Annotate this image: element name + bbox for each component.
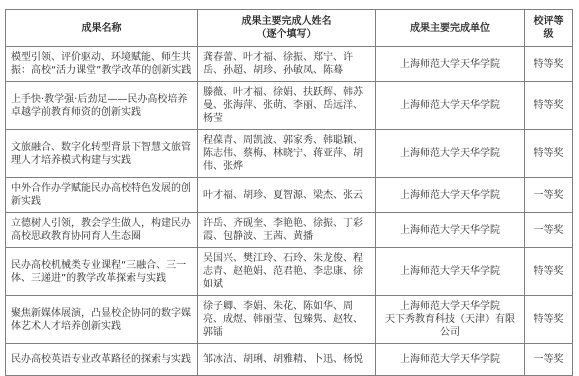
completer-names: 邹冰洁、胡琍、胡雅精、卜迅、杨悦 <box>198 344 376 376</box>
table-row: 模型引领、评价驱动、环境赋能、师生共振：高校“活力课堂”教学改革的创新实践 龚春… <box>6 47 573 82</box>
evaluation-grade: 特等奖 <box>525 130 573 178</box>
achievements-table: 成果名称 成果主要完成人姓名 （逐个填写） 成果主要完成单位 校评等级 模型引领… <box>5 9 573 376</box>
evaluation-grade: 特等奖 <box>525 296 573 344</box>
achievement-name: 民办高校英语专业改革路径的探索与实践 <box>6 344 198 376</box>
completing-unit: 上海师范大学天华学院 <box>376 178 525 213</box>
completing-unit: 上海师范大学天华学院 <box>376 248 525 296</box>
completing-unit: 上海师范大学天华学院 <box>376 344 525 376</box>
completer-names: 徐子卿、李娟、朱花、陈如华、周亮、成煜、韩丽莹、包臻隽、赵牧、郭镭 <box>198 296 376 344</box>
completing-unit: 上海师范大学天华学院 <box>376 82 525 130</box>
header-completers: 成果主要完成人姓名 （逐个填写） <box>198 10 376 47</box>
achievement-name: 聚焦新媒体展演，凸显校企协同的数字媒体艺术人才培养创新实践 <box>6 296 198 344</box>
table-header: 成果名称 成果主要完成人姓名 （逐个填写） 成果主要完成单位 校评等级 <box>6 10 573 47</box>
achievement-name: 民办高校机械类专业课程“三融合、三一体、三递进”的教学改革探索与实践 <box>6 248 198 296</box>
completing-unit: 上海师范大学天华学院 <box>376 47 525 82</box>
evaluation-grade: 特等奖 <box>525 47 573 82</box>
table-row: 立德树人引领，教会学生做人，构建民办高校思政教育协同育人生态圈 许岳、齐砚奎、李… <box>6 213 573 248</box>
completer-names: 龚春蕾、叶才福、徐振、郑宁、许岳、孙超、胡珍、孙敏凤、陈蓦 <box>198 47 376 82</box>
table-body: 模型引领、评价驱动、环境赋能、师生共振：高校“活力课堂”教学改革的创新实践 龚春… <box>6 47 573 376</box>
completer-names: 许岳、齐砚奎、李艳艳、徐振、丁彩霞、包静波、王茜、黄播 <box>198 213 376 248</box>
achievement-name: 文旅融合、数字化转型背景下智慧文旅管理人才培养模式构建与实践 <box>6 130 198 178</box>
table-row: 上手快·教学强·后劲足——民办高校培养卓越学前教育师资的创新实践 滕薇、叶才福、… <box>6 82 573 130</box>
completer-names: 吴国兴、樊江玲、石玲、朱龙俊、程志青、赵艳娟、范君艳、李忠康、徐如斌 <box>198 248 376 296</box>
header-achievement-name: 成果名称 <box>6 10 198 47</box>
achievement-name: 模型引领、评价驱动、环境赋能、师生共振：高校“活力课堂”教学改革的创新实践 <box>6 47 198 82</box>
achievement-name: 立德树人引领，教会学生做人，构建民办高校思政教育协同育人生态圈 <box>6 213 198 248</box>
completer-names: 叶才福、胡珍、夏智源、梁杰、张云 <box>198 178 376 213</box>
header-grade: 校评等级 <box>525 10 573 47</box>
header-unit: 成果主要完成单位 <box>376 10 525 47</box>
completer-names: 程葆青、周凯波、郭家秀、韩聪颖、陈志伟、蔡梅、林晓宁、蒋亚萍、胡伟、张烨 <box>198 130 376 178</box>
achievement-name: 上手快·教学强·后劲足——民办高校培养卓越学前教育师资的创新实践 <box>6 82 198 130</box>
achievement-name: 中外合作办学赋能民办高校特色发展的创新实践 <box>6 178 198 213</box>
table-row: 民办高校机械类专业课程“三融合、三一体、三递进”的教学改革探索与实践 吴国兴、樊… <box>6 248 573 296</box>
completing-unit: 上海师范大学天华学院 天下秀教育科技（天津）有限公司 <box>376 296 525 344</box>
table-row: 中外合作办学赋能民办高校特色发展的创新实践 叶才福、胡珍、夏智源、梁杰、张云 上… <box>6 178 573 213</box>
completer-names: 滕薇、叶才福、徐娟、扶跃辉、韩苏曼、张海萍、张萌、李丽、岳远洋、杨莹 <box>198 82 376 130</box>
table-row: 民办高校英语专业改革路径的探索与实践 邹冰洁、胡琍、胡雅精、卜迅、杨悦 上海师范… <box>6 344 573 376</box>
document-page: 成果名称 成果主要完成人姓名 （逐个填写） 成果主要完成单位 校评等级 模型引领… <box>0 0 579 376</box>
evaluation-grade: 特等奖 <box>525 82 573 130</box>
table-row: 文旅融合、数字化转型背景下智慧文旅管理人才培养模式构建与实践 程葆青、周凯波、郭… <box>6 130 573 178</box>
evaluation-grade: 一等奖 <box>525 178 573 213</box>
completing-unit: 上海师范大学天华学院 <box>376 130 525 178</box>
completing-unit: 上海师范大学天华学院 <box>376 213 525 248</box>
evaluation-grade: 一等奖 <box>525 344 573 376</box>
evaluation-grade: 特等奖 <box>525 248 573 296</box>
evaluation-grade: 一等奖 <box>525 213 573 248</box>
table-row: 聚焦新媒体展演，凸显校企协同的数字媒体艺术人才培养创新实践 徐子卿、李娟、朱花、… <box>6 296 573 344</box>
header-row: 成果名称 成果主要完成人姓名 （逐个填写） 成果主要完成单位 校评等级 <box>6 10 573 47</box>
